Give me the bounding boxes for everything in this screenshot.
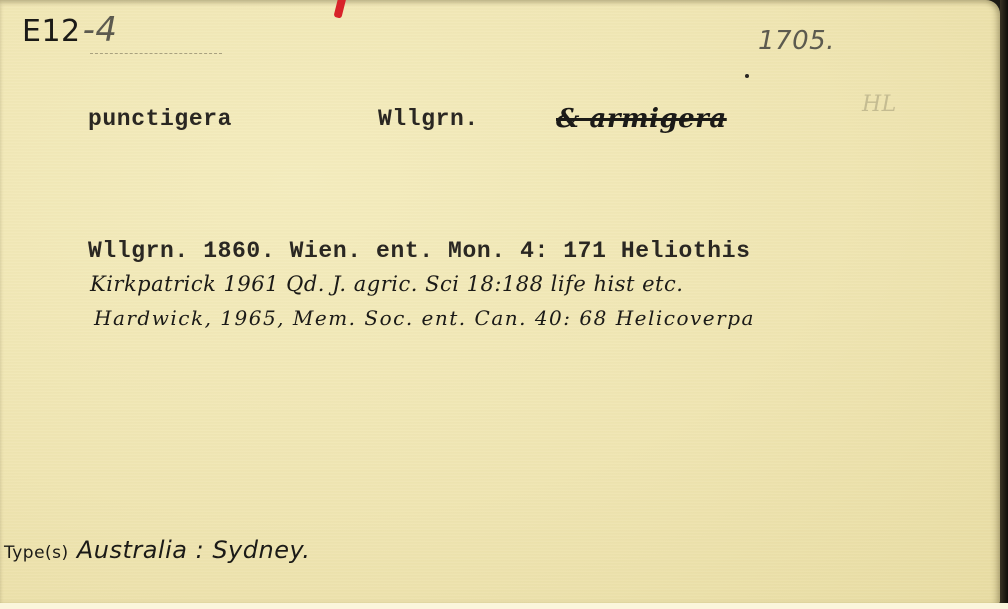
drawer-code-main: E12 (22, 14, 81, 49)
species-author: Wllgrn. (378, 106, 479, 132)
reference-number: 1705. (758, 26, 835, 56)
drawer-code-suffix: -4 (83, 10, 118, 50)
index-card: E12-4 1705. punctigera Wllgrn. & armiger… (0, 0, 1000, 605)
struck-synonym: & armigera (556, 104, 727, 134)
species-name: punctigera (88, 106, 232, 132)
type-locality: Type(s) Australia : Sydney. (4, 536, 310, 564)
citation-kirkpatrick: Kirkpatrick 1961 Qd. J. agric. Sci 18:18… (90, 272, 683, 296)
type-locality-value: Australia : Sydney. (77, 536, 311, 564)
card-bottom-edge (0, 603, 1008, 609)
type-locality-label: Type(s) (4, 543, 69, 563)
drawer-code: E12-4 (22, 10, 118, 50)
citation-hardwick: Hardwick, 1965, Mem. Soc. ent. Can. 40: … (94, 306, 755, 330)
faint-pencil-note: HL (862, 92, 897, 117)
red-tab-marker (333, 0, 346, 19)
card-right-edge-shadow (1000, 0, 1008, 609)
citation-original: Wllgrn. 1860. Wien. ent. Mon. 4: 171 Hel… (88, 238, 751, 264)
ink-dot (745, 74, 749, 78)
faint-dashed-line (90, 53, 222, 54)
